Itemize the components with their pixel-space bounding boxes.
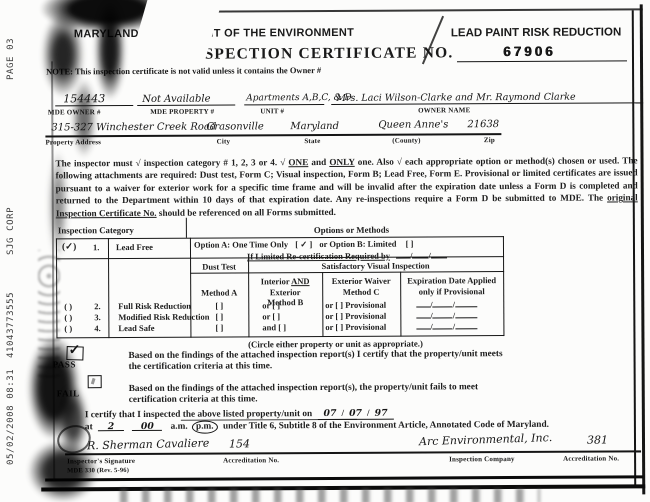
expiration-text: Expiration Date Applied — [407, 275, 496, 285]
inspector-accreditation-value: 154 — [229, 437, 250, 450]
date-day: 07 — [349, 408, 362, 419]
pass-label: PASS — [53, 359, 76, 369]
time-hour-blank: 2 — [98, 421, 124, 431]
date-month: 07 — [323, 408, 336, 419]
method-b-text: Exterior — [270, 287, 301, 297]
scan-noise — [91, 378, 96, 385]
program-title: LEAD PAINT RISK REDUCTION — [451, 26, 621, 39]
state-label: State — [292, 137, 332, 145]
property-address-value: 315-327 Winchester Creek Road — [51, 122, 216, 134]
expiration-date-header: Expiration Date Appliedonly if Provision… — [400, 275, 503, 297]
time-hour-value: 2 — [108, 421, 115, 432]
method-a-header: Method A — [190, 287, 248, 297]
exp-blank — [433, 319, 453, 329]
method-c-box: or [ ] Provisional — [325, 322, 386, 332]
table-line — [190, 271, 504, 274]
instructions-only: ONLY — [329, 157, 354, 167]
instructions-paragraph: The inspector must √ inspection category… — [56, 154, 638, 219]
unit-number-label: UNIT # — [232, 107, 312, 115]
method-b-header: Interior AND ExteriorMethod B — [248, 276, 322, 308]
owner-name-label: OWNER NAME — [404, 106, 484, 114]
certificate-number-line — [457, 60, 627, 62]
method-b-box: and [ ] — [262, 322, 286, 332]
method-b-box: or [ ] — [262, 311, 280, 321]
exp-blank — [455, 319, 477, 329]
pass-checkmark-icon: ✓ — [68, 342, 80, 358]
inspection-certificate-form: MARYLAND DEPARTMENT OF THE ENVIRONMENT L… — [0, 0, 650, 502]
field-line — [55, 105, 133, 107]
option-b-text: or Option B: Limited — [319, 239, 396, 249]
date-year: 97 — [375, 408, 388, 419]
exp-blank — [455, 297, 477, 307]
inspector-accreditation-label: Accreditation No. — [223, 456, 279, 464]
form-number: MDE 330 (Rev. 5-96) — [67, 467, 129, 474]
option-a-text: Option A: One Time Only — [194, 239, 288, 249]
mde-owner-number-value: 154443 — [63, 92, 105, 105]
option-a-checkbox: [ ✓ ] — [295, 239, 312, 249]
field-line — [331, 102, 643, 105]
inspection-company-label: Inspection Company — [449, 455, 515, 463]
pass-statement-line2: the certification criteria at this time. — [129, 361, 273, 372]
exp-blank — [433, 297, 453, 307]
time-minute-value: 00 — [141, 421, 154, 432]
instructions-part: should be referenced on all Forms submit… — [157, 207, 336, 218]
city-value: Grasonville — [206, 121, 264, 132]
company-accreditation-label: Accreditation No. — [563, 454, 619, 462]
border-bottom-inner — [45, 475, 643, 481]
field-line — [244, 104, 324, 106]
field-line — [137, 104, 235, 106]
pm-option-circled: p.m. — [192, 421, 218, 434]
mde-property-number-label: MDE PROPERTY # — [142, 108, 222, 116]
method-b-box: or [ ] — [262, 300, 280, 310]
method-c-text: Method C — [343, 286, 380, 296]
category-4-checkbox: ( ) — [64, 323, 72, 333]
method-c-box: or [ ] Provisional — [325, 300, 386, 310]
pass-statement-line1: Based on the findings of the attached in… — [129, 349, 503, 361]
property-address-label: Property Address — [45, 138, 101, 146]
method-a-box: [ ] — [190, 300, 248, 310]
border-top — [149, 8, 643, 12]
fax-number: 41043773555 — [6, 292, 16, 358]
recertification-row: If Limited Re-certification Required by … — [247, 248, 447, 261]
category-4-label: Lead Safe — [118, 323, 154, 333]
category-3-checkbox: ( ) — [64, 312, 72, 322]
category-2-number: 2. — [94, 301, 100, 311]
method-a-box: [ ] — [190, 311, 248, 321]
certify-time-line: at 2 00 a.m. p.m. under Title 6, Subtitl… — [85, 419, 549, 432]
circle-instruction-note: (Circle either property or unit as appro… — [190, 338, 480, 350]
category-3-number: 3. — [94, 312, 100, 322]
certify-statute-text: under Title 6, Subtitle 8 of the Environ… — [223, 420, 549, 432]
category-2-checkbox: ( ) — [64, 301, 72, 311]
border-bottom-outer — [41, 484, 645, 491]
time-minute-blank: 00 — [132, 421, 162, 431]
zip-value: 21638 — [467, 119, 499, 130]
fail-checkbox — [88, 375, 102, 388]
instructions-part: and — [308, 157, 329, 167]
fail-statement-line2: certification criteria at this time. — [129, 394, 258, 405]
validity-note: NOTE: This inspection certificate is not… — [46, 65, 321, 76]
expiration-blanks: // — [416, 319, 477, 331]
options-methods-header: Options or Methods — [314, 225, 389, 235]
fail-statement-line1: Based on the findings of the attached in… — [129, 382, 478, 394]
exp-blank — [416, 308, 430, 318]
category-2-label: Full Risk Reduction — [118, 301, 191, 311]
inspection-company-value: Arc Environmental, Inc. — [419, 431, 553, 448]
exp-blank — [455, 308, 477, 318]
certificate-title: INSPECTION CERTIFICATE NO. — [185, 44, 454, 63]
option-b-checkbox: [ ] — [406, 239, 414, 249]
county-label: (County) — [376, 136, 436, 144]
recert-date-blank — [412, 248, 428, 258]
inspection-category-header: Inspection Category — [58, 225, 134, 235]
visual-inspection-header: Satisfactory Visual Inspection — [248, 260, 503, 271]
exp-blank — [433, 308, 453, 318]
dust-test-header: Dust Test — [190, 261, 248, 271]
fax-datetime: 05/02/2008 08:31 — [6, 369, 16, 465]
mde-owner-number-label: MDE OWNER # — [34, 108, 114, 116]
date-slash: / — [367, 409, 370, 419]
category-1-number: 1. — [93, 242, 99, 252]
certificate-number-stamp: 67906 — [503, 44, 556, 59]
method-b-and: AND — [291, 276, 309, 286]
mde-property-number-value: Not Available — [142, 94, 210, 105]
category-1-checkbox: (✓) — [62, 241, 76, 252]
fax-page-number: PAGE 03 — [6, 38, 16, 80]
category-1-label: Lead Free — [116, 242, 153, 252]
instructions-part: The inspector must √ inspection category… — [56, 157, 289, 168]
exp-blank — [416, 319, 430, 329]
table-line — [186, 218, 187, 238]
fail-label: FAIL — [57, 388, 80, 398]
am-option: a.m. — [171, 422, 188, 432]
border-right-outer — [640, 4, 645, 494]
border-right-inner — [632, 10, 636, 486]
table-line — [56, 238, 58, 338]
method-b-text: Interior — [261, 276, 291, 286]
method-c-header: Exterior WaiverMethod C — [322, 276, 400, 297]
city-label: City — [203, 137, 243, 145]
zip-label: Zip — [469, 136, 509, 144]
recert-date-blank — [396, 249, 410, 259]
category-4-number: 4. — [94, 323, 100, 333]
state-value: Maryland — [290, 121, 339, 132]
inspector-signature-label: Inspector's Signature — [67, 457, 135, 465]
fax-sender: SJG CORP — [6, 207, 16, 255]
exp-blank — [416, 297, 430, 307]
inspector-signature-value: R. Sherman Cavaliere — [87, 437, 210, 453]
method-c-box: or [ ] Provisional — [325, 311, 386, 321]
scanned-fax-document: 05/02/2008 08:31 41043773555 SJG CORP PA… — [0, 0, 650, 502]
signature-line — [65, 450, 641, 455]
recert-date-blank — [431, 248, 447, 258]
table-line — [108, 238, 110, 338]
expiration-text: only if Provisional — [419, 286, 485, 296]
method-a-box: [ ] — [190, 322, 248, 332]
county-value: Queen Anne's — [378, 119, 448, 130]
company-accreditation-value: 381 — [587, 434, 608, 447]
instructions-one: ONE — [288, 157, 308, 167]
method-c-text: Exterior Waiver — [332, 276, 391, 286]
agency-title: MARYLAND DEPARTMENT OF THE ENVIRONMENT — [74, 27, 354, 40]
